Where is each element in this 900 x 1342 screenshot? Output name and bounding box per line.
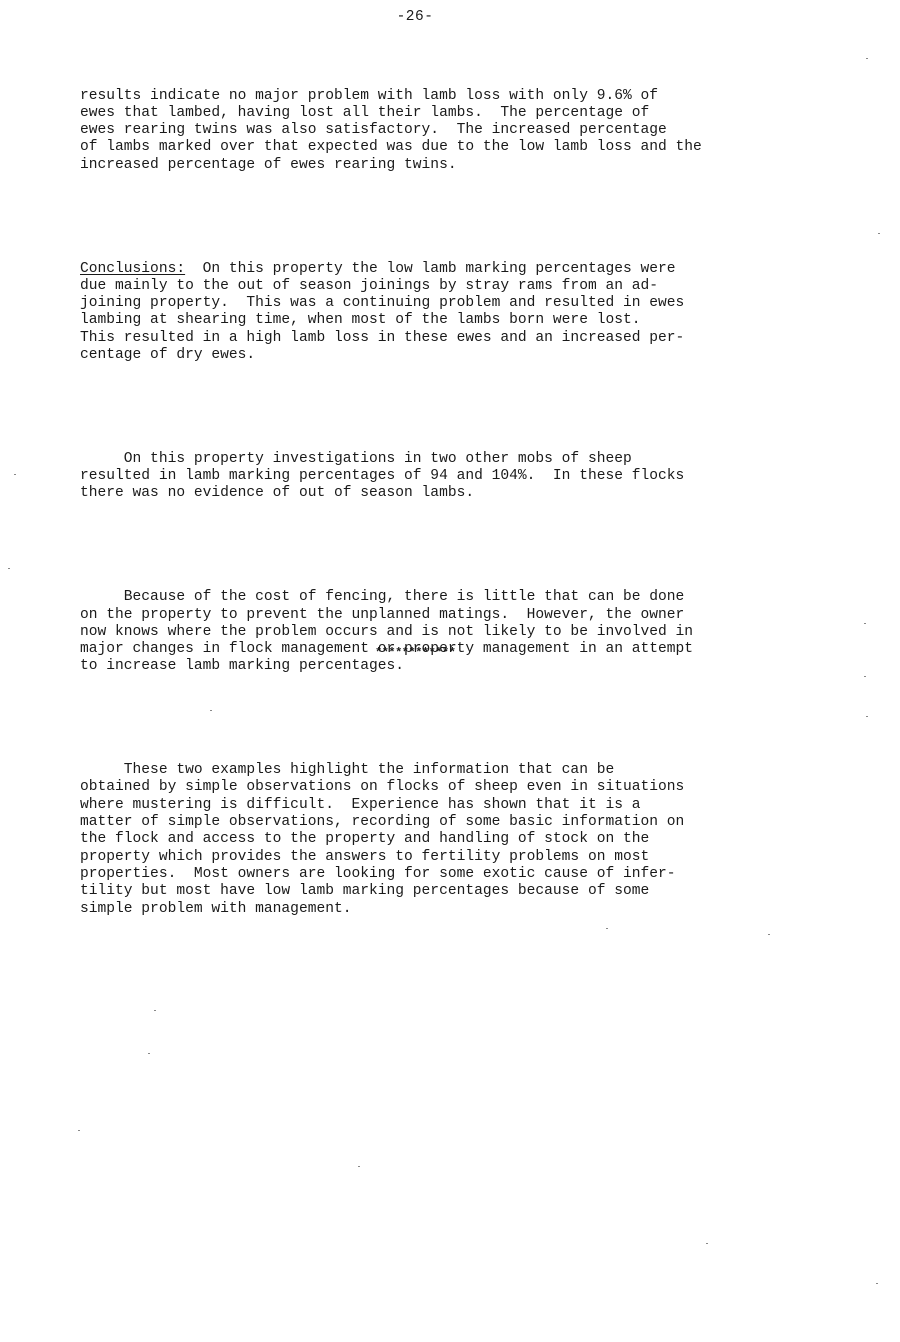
paragraph-examples: These two examples highlight the informa… <box>80 728 800 953</box>
text-line: to increase lamb marking percentages. <box>80 658 800 675</box>
scan-speck <box>864 623 866 624</box>
text-line: matter of simple observations, recording… <box>80 814 800 831</box>
scan-speck <box>866 716 868 717</box>
text-line: centage of dry ewes. <box>80 347 800 364</box>
text-line: now knows where the problem occurs and i… <box>80 624 800 641</box>
scan-speck <box>8 568 10 569</box>
text-line: on the property to prevent the unplanned… <box>80 607 800 624</box>
scan-speck <box>92 833 94 834</box>
text-line: simple problem with management. <box>80 901 800 918</box>
paragraph-fencing: Because of the cost of fencing, there is… <box>80 555 800 711</box>
paragraph-conclusions: Conclusions: On this property the low la… <box>80 226 800 399</box>
text-fragment: On this property the low lamb marking pe… <box>185 261 675 277</box>
scan-speck <box>864 676 866 677</box>
paragraph-other-mobs: On this property investigations in two o… <box>80 416 800 537</box>
end-separator: ************ <box>375 646 455 660</box>
body-text: results indicate no major problem with l… <box>80 53 800 970</box>
text-line: due mainly to the out of season joinings… <box>80 278 800 295</box>
text-line: there was no evidence of out of season l… <box>80 485 800 502</box>
conclusions-heading: Conclusions: <box>80 261 185 277</box>
scan-speck <box>210 710 212 711</box>
scan-speck <box>606 928 608 929</box>
text-line: obtained by simple observations on flock… <box>80 779 800 796</box>
text-line: Because of the cost of fencing, there is… <box>80 589 800 606</box>
text-line: On this property investigations in two o… <box>80 451 800 468</box>
text-line: increased percentage of ewes rearing twi… <box>80 157 800 174</box>
text-line: ewes rearing twins was also satisfactory… <box>80 122 800 139</box>
text-line: ewes that lambed, having lost all their … <box>80 105 800 122</box>
text-line: joining property. This was a continuing … <box>80 295 800 312</box>
scan-speck <box>768 934 770 935</box>
text-line: Conclusions: On this property the low la… <box>80 261 800 278</box>
text-line: properties. Most owners are looking for … <box>80 866 800 883</box>
text-line: of lambs marked over that expected was d… <box>80 139 800 156</box>
text-line: where mustering is difficult. Experience… <box>80 797 800 814</box>
scan-speck <box>154 1010 156 1011</box>
scan-speck <box>78 1130 80 1131</box>
text-line: tility but most have low lamb marking pe… <box>80 883 800 900</box>
scan-speck <box>358 1166 360 1167</box>
text-line: property which provides the answers to f… <box>80 849 800 866</box>
text-line: the flock and access to the property and… <box>80 831 800 848</box>
scan-speck <box>706 1243 708 1244</box>
page-number: -26- <box>0 9 830 25</box>
text-line: resulted in lamb marking percentages of … <box>80 468 800 485</box>
scan-speck <box>866 58 868 59</box>
text-line: lambing at shearing time, when most of t… <box>80 312 800 329</box>
text-line: results indicate no major problem with l… <box>80 88 800 105</box>
text-line: These two examples highlight the informa… <box>80 762 800 779</box>
scan-speck <box>14 474 16 475</box>
scan-speck <box>148 1053 150 1054</box>
scan-speck <box>878 233 880 234</box>
paragraph-results: results indicate no major problem with l… <box>80 53 800 209</box>
text-line: This resulted in a high lamb loss in the… <box>80 330 800 347</box>
scan-speck <box>876 1283 878 1284</box>
